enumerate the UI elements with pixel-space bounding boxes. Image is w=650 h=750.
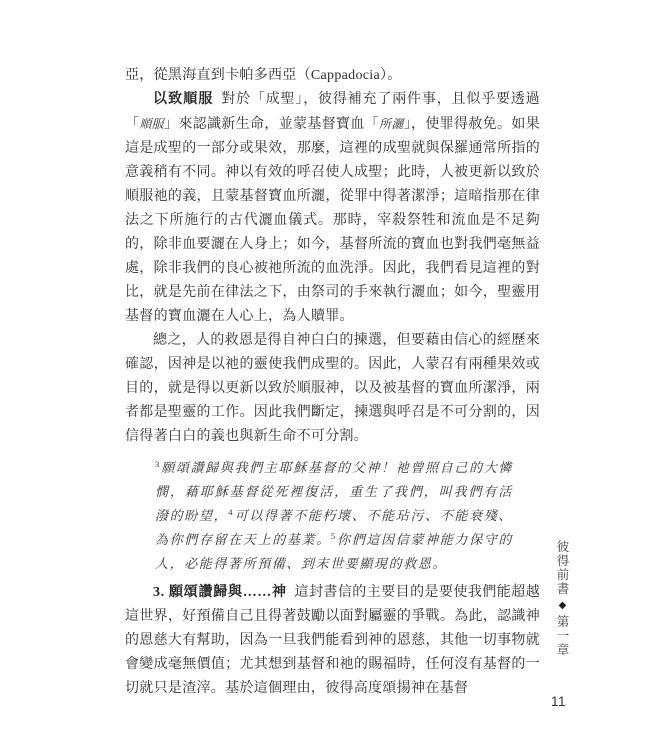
paragraph-obedience: 以致順服對於「成聖」，彼得補充了兩件事，且似乎要透過「順服」來認識新生命，並蒙基… (125, 88, 540, 329)
run-in-heading-obedience: 以致順服 (153, 92, 214, 107)
page-number: 11 (551, 694, 566, 709)
paragraph-continuation: 亞，從黑海直到卡帕多西亞（Cappadocia）。 (125, 64, 540, 88)
run-in-heading-doxology: 3. 願頌讚歸與……神 (153, 585, 287, 600)
page-number-value: 11 (551, 694, 566, 709)
paragraph-doxology: 3. 願頌讚歸與……神這封書信的主要目的是要使我們能超越這世界，好預備自己且得著… (125, 581, 540, 701)
paragraph-continuation-text: 亞，從黑海直到卡帕多西亞（Cappadocia）。 (125, 68, 402, 83)
paragraph-summary-text: 總之，人的救恩是得自神白白的揀選，但要藉由信心的經歷來確認，因神是以祂的靈使我們… (125, 333, 540, 444)
kai-term-obedience: 順服 (139, 117, 164, 131)
scripture-quote: 3願頌讚歸與我們主耶穌基督的父神！祂曾照自己的大憐憫，藉耶穌基督從死裡復活，重生… (155, 456, 513, 576)
paragraph-doxology-text: 這封書信的主要目的是要使我們能超越這世界，好預備自己且得著鼓勵以面對屬靈的爭戰。… (125, 585, 540, 696)
kai-term-sprinkled: 所灑 (379, 117, 404, 131)
paragraph-summary: 總之，人的救恩是得自神白白的揀選，但要藉由信心的經歷來確認，因神是以祂的靈使我們… (125, 329, 540, 449)
text-column: 亞，從黑海直到卡帕多西亞（Cappadocia）。 以致順服對於「成聖」，彼得補… (125, 64, 540, 701)
diamond-icon: ◆ (557, 600, 568, 611)
verse-number-5: 5 (331, 531, 335, 541)
verse-number-3: 3 (155, 459, 159, 469)
verse-number-4: 4 (228, 507, 232, 517)
paragraph-obedience-seg3: 」，使罪得赦免。如果這是成聖的一部分或果效，那麼，這裡的成聖就與保羅通常所指的意… (125, 117, 540, 324)
book-title-label: 彼得前書 (555, 540, 569, 596)
running-head-vertical: 彼得前書◆第一章 (553, 540, 571, 657)
paragraph-obedience-seg2: 」來認識新生命，並蒙基督寶血「 (164, 117, 379, 132)
chapter-label: 第一章 (555, 615, 569, 657)
book-page: 亞，從黑海直到卡帕多西亞（Cappadocia）。 以致順服對於「成聖」，彼得補… (0, 0, 650, 750)
